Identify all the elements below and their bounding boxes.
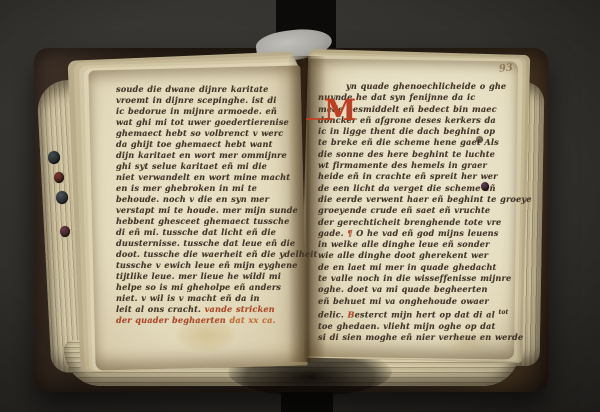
manuscript-line: te valle noch in die wisseffenisse mijnr… xyxy=(318,273,512,284)
rubric-text-run: B xyxy=(348,310,355,320)
ink-text-run: toe ghedaen. vlieht mijn oghe op dat xyxy=(318,321,495,331)
manuscript-photograph: soude die dwane dijnre karitatevroemt in… xyxy=(0,0,600,412)
manuscript-line: wie alle dinghe doot gherekent wer xyxy=(318,250,512,261)
ink-text-run: en is mer ghebroken in mi te xyxy=(116,183,257,193)
manuscript-line: hebbent ghesceet ghemaect tussche xyxy=(116,216,302,227)
ink-text-run: duusternisse. tussche dat leue eñ die xyxy=(116,238,295,248)
rubricated-initial-M: M xyxy=(324,97,352,123)
ink-text-run: ghemaect hebt so volbrenct v werc xyxy=(116,128,283,138)
ink-text-run: te breke eñ die scheme hene gaet Als xyxy=(318,137,499,147)
ink-text-run: O he vad eñ god mijns leuens xyxy=(356,228,498,238)
ink-text-run: niet. v wil is v macht eñ da in xyxy=(116,293,260,303)
ink-text-run: oghe. doet va mi quade begheerten xyxy=(318,284,488,294)
manuscript-line: helpe so is mi gheholpe eñ anders xyxy=(116,282,302,293)
ink-text-run: wat ghi mi tot uwer goedertierenise xyxy=(116,117,289,127)
manuscript-line: die sonne des here beghint te luchte xyxy=(318,149,512,160)
manuscript-line: der gerechticheit brenghende tote vre xyxy=(318,217,512,228)
rubric-text-run: dat xx ca. xyxy=(230,315,276,325)
ink-text-run: heide eñ in crachte eñ spreit her wer xyxy=(318,171,498,181)
manuscript-line: si di sien moghe eñ nier verheue en werd… xyxy=(318,332,512,343)
right-page-text-block: M yn quade ghenoechlicheide o ghenuynde … xyxy=(318,81,512,344)
ink-text-run: esterct mijn hert op dat di al xyxy=(355,310,499,320)
ink-text-run: vroemt in dijnre scepinghe. ist di xyxy=(116,95,277,105)
manuscript-line: ic in ligge thent die dach beghint op xyxy=(318,126,512,137)
manuscript-line: di eñ mi. tussche dat licht eñ die xyxy=(116,227,302,238)
manuscript-line: toe ghedaen. vlieht mijn oghe op dat xyxy=(318,321,512,332)
manuscript-line: duusternisse. tussche dat leue eñ die xyxy=(116,238,302,249)
ink-text-run: die sonne des here beghint te luchte xyxy=(318,149,495,159)
manuscript-line: niet. v wil is v macht eñ da in xyxy=(116,293,302,304)
manuscript-line: te breke eñ die scheme hene gaet Als xyxy=(318,137,512,148)
ink-text-run: gade. xyxy=(318,228,347,238)
rubric-text-run: der quader beghaerten xyxy=(116,315,230,325)
folio-number: 93 xyxy=(498,62,513,74)
manuscript-line: tussche v ewich leue eñ mijn eyghene xyxy=(116,260,302,271)
rubric-text-run: vande stricken xyxy=(205,304,275,314)
ink-text-run: di eñ mi. tussche dat licht eñ die xyxy=(116,227,276,237)
manuscript-line: behoude. noch v die en syn mer xyxy=(116,194,302,205)
left-page-text-block: soude die dwane dijnre karitatevroemt in… xyxy=(116,84,302,326)
ink-text-run: de en laet mi mer in quade ghedacht xyxy=(318,262,496,272)
manuscript-line: en is mer ghebroken in mi te xyxy=(116,183,302,194)
ink-text-run: niet verwandelt en wort mine macht xyxy=(116,172,290,182)
manuscript-line: delic. Besterct mijn hert op dat di al t… xyxy=(318,307,512,321)
ink-text-run: in welke alle dinghe leue eñ sonder xyxy=(318,239,490,249)
ink-text-run: dijn karitaet en wort mer ommijnre xyxy=(116,150,287,160)
manuscript-line: ghemaect hebt so volbrenct v werc xyxy=(116,128,302,139)
ink-text-run: leit al ons cracht. xyxy=(116,304,205,314)
ink-text-run: die eerde verwent haer eñ beghint te gro… xyxy=(318,194,532,204)
ink-text-run: wie alle dinghe doot gherekent wer xyxy=(318,250,488,260)
manuscript-line: heide eñ in crachte eñ spreit her wer xyxy=(318,171,512,182)
ink-text-run: si di sien moghe eñ nier verheue en werd… xyxy=(318,332,523,342)
manuscript-line: ic bedorue in mijnre armoede. eñ xyxy=(116,106,302,117)
manuscript-line: tijtlike leue. mer lieue he wildi mi xyxy=(116,271,302,282)
manuscript-line: niet verwandelt en wort mine macht xyxy=(116,172,302,183)
ink-text-run: de een licht da verget die scheme eñ xyxy=(318,183,496,193)
manuscript-line: soude die dwane dijnre karitate xyxy=(116,84,302,95)
manuscript-line: groeyende crude eñ saet eñ vruchte xyxy=(318,205,512,216)
manuscript-line: de en laet mi mer in quade ghedacht xyxy=(318,262,512,273)
rubric-text-run: ¶ xyxy=(347,228,356,238)
manuscript-line: ghi syt selue karitaet eñ mi die xyxy=(116,161,302,172)
manuscript-line: doot. tussche die waerheit eñ die ydelhe… xyxy=(116,249,302,260)
manuscript-line: yn quade ghenoechlicheide o ghe xyxy=(318,81,512,92)
ink-text-run: helpe so is mi gheholpe eñ anders xyxy=(116,282,281,292)
ink-text-run: tijtlike leue. mer lieue he wildi mi xyxy=(116,271,281,281)
manuscript-line: der quader beghaerten dat xx ca. xyxy=(116,315,302,326)
manuscript-line: wat ghi mi tot uwer goedertierenise xyxy=(116,117,302,128)
manuscript-line: leit al ons cracht. vande stricken xyxy=(116,304,302,315)
ink-text-run: wt firmamente des hemels in graer xyxy=(318,160,487,170)
ink-text-run: ic in ligge thent die dach beghint op xyxy=(318,126,495,136)
manuscript-line: verstapt mi te houde. mer mijn sunde xyxy=(116,205,302,216)
ink-text-run: ic bedorue in mijnre armoede. eñ xyxy=(116,106,277,116)
manuscript-line: dijn karitaet en wort mer ommijnre xyxy=(116,150,302,161)
ink-text-run: der gerechticheit brenghende tote vre xyxy=(318,217,501,227)
ink-text-run: yn quade ghenoechlicheide o ghe xyxy=(346,81,506,91)
manuscript-line: da ghijt toe ghemaect hebt want xyxy=(116,139,302,150)
manuscript-line: oghe. doet va mi quade begheerten xyxy=(318,284,512,295)
ink-text-run: da ghijt toe ghemaect hebt want xyxy=(116,139,273,149)
ink-text-run: eñ behuet mi va onghehoude owaer xyxy=(318,296,489,306)
ink-text-run: ghi syt selue karitaet eñ mi die xyxy=(116,161,267,171)
manuscript-line: gade. ¶ O he vad eñ god mijns leuens xyxy=(318,228,512,239)
manuscript-line: wt firmamente des hemels in graer xyxy=(318,160,512,171)
ink-text-run: tot xyxy=(498,309,508,316)
ink-text-run: behoude. noch v die en syn mer xyxy=(116,194,269,204)
manuscript-line: eñ behuet mi va onghehoude owaer xyxy=(318,296,512,307)
manuscript-line: vroemt in dijnre scepinghe. ist di xyxy=(116,95,302,106)
ink-text-run: te valle noch in die wisseffenisse mijnr… xyxy=(318,273,511,283)
ink-text-run: groeyende crude eñ saet eñ vruchte xyxy=(318,205,490,215)
manuscript-line: die eerde verwent haer eñ beghint te gro… xyxy=(318,194,512,205)
ink-text-run: doot. tussche die waerheit eñ die ydelhe… xyxy=(116,249,317,259)
manuscript-line: de een licht da verget die scheme eñ xyxy=(318,183,512,194)
ink-text-run: hebbent ghesceet ghemaect tussche xyxy=(116,216,289,226)
ink-text-run: verstapt mi te houde. mer mijn sunde xyxy=(116,205,298,215)
ink-text-run: tussche v ewich leue eñ mijn eyghene xyxy=(116,260,298,270)
ink-text-run: delic. xyxy=(318,310,348,320)
ink-text-run: soude die dwane dijnre karitate xyxy=(116,84,268,94)
manuscript-line: in welke alle dinghe leue eñ sonder xyxy=(318,239,512,250)
